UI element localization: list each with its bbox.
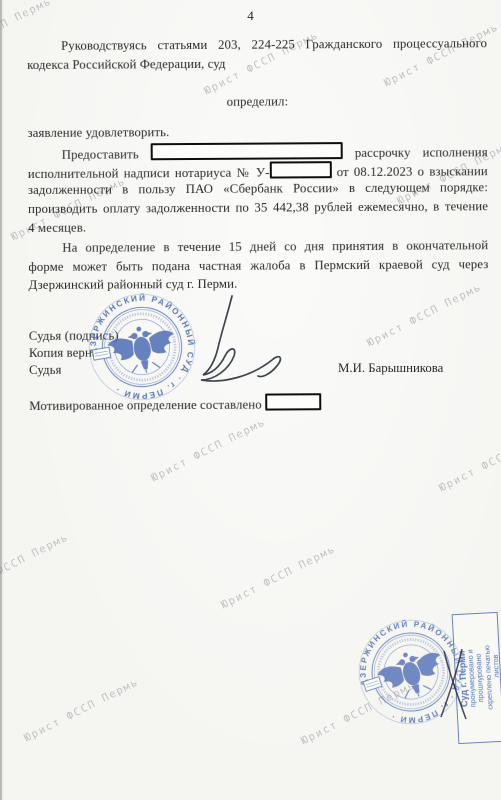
text-run: Предоставить <box>62 147 139 161</box>
doc-line: производить оплату задолженности по 35 4… <box>28 198 488 218</box>
text-run: производить оплату задолженности по 35 4… <box>28 199 488 216</box>
text-run: 4 месяцев. <box>28 221 86 235</box>
doc-line: заявление удовлетворить. <box>28 122 488 142</box>
judge-name: М.И. Барышникова <box>338 361 443 376</box>
doc-line: форме может быть подана частная жалоба в… <box>28 256 488 276</box>
text-run: форме может быть подана частная жалоба в… <box>28 257 488 274</box>
doc-line: Руководствуясь статьями 203, 224-225 Гра… <box>27 35 487 55</box>
text-run: кодекса Российской Федерации, суд <box>27 57 226 72</box>
doc-line: На определение в течение 15 дней со дня … <box>28 237 488 257</box>
signature-judge <box>168 290 293 398</box>
doc-line: определил: <box>27 92 487 112</box>
text-run: Судья <box>29 363 62 377</box>
text-run: исполнительной надписи нотариуса № У- <box>28 166 270 181</box>
text-run: заявление удовлетворить. <box>28 125 170 140</box>
signature-binder <box>432 645 478 721</box>
doc-line: кодекса Российской Федерации, суд <box>27 54 487 74</box>
text-run: На определение в течение 15 дней со дня … <box>62 238 488 255</box>
text-run: от 08.12.2023 о взыскании <box>337 164 488 179</box>
text-run: определил: <box>227 94 289 108</box>
scan-edge-left <box>0 0 2 800</box>
redaction-box <box>151 142 343 160</box>
scanned-court-document-page: Юрист ФССП ПермьЮрист ФССП ПермьЮрист ФС… <box>0 0 501 800</box>
redaction-box <box>269 161 331 178</box>
text-run: Руководствуясь статьями 203, 224-225 Гра… <box>61 36 487 53</box>
doc-line: задолженности в пользу ПАО «Сбербанк Рос… <box>28 179 488 199</box>
text-run: рассрочку исполнения <box>355 145 488 160</box>
doc-line: 4 месяцев. <box>28 217 488 237</box>
text-run: задолженности в пользу ПАО «Сбербанк Рос… <box>28 180 488 197</box>
